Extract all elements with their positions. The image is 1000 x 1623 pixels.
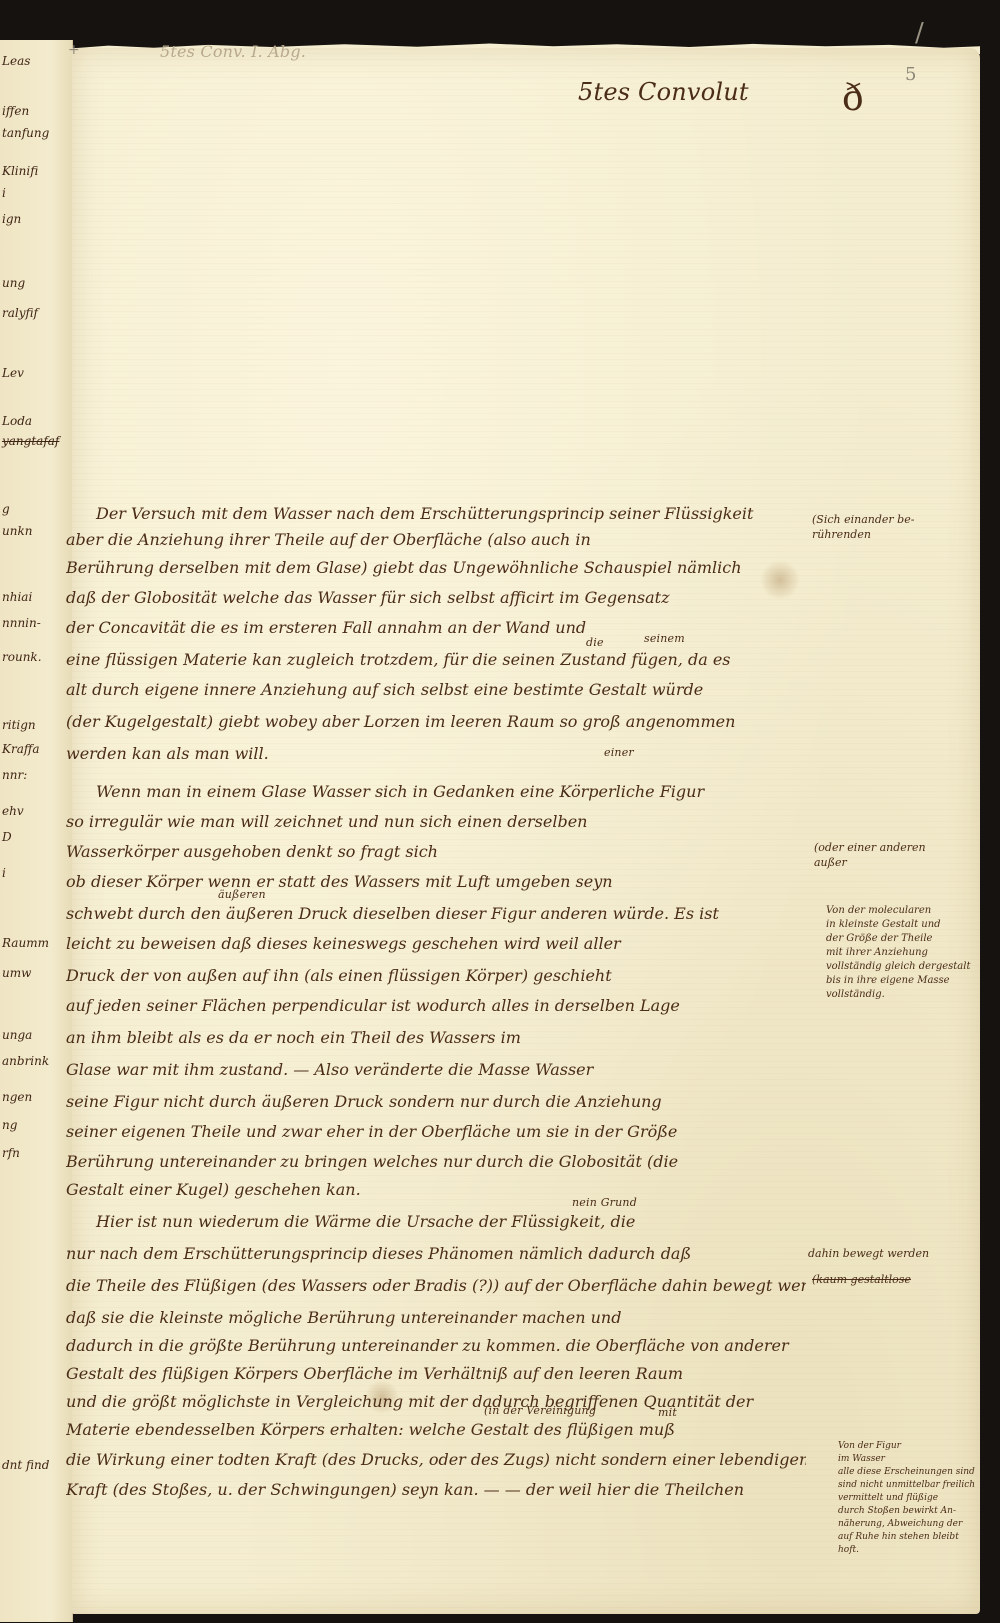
- text-line: dadurch in die größte Berührung unterein…: [66, 1336, 806, 1355]
- left-fragment: D: [2, 830, 12, 844]
- text-line: die Theile des Flüßigen (des Wassers ode…: [66, 1276, 806, 1295]
- text-line: Hier ist nun wiederum die Wärme die Ursa…: [66, 1212, 836, 1231]
- text-line: alt durch eigene innere Anziehung auf si…: [66, 680, 806, 699]
- text-line: Glase war mit ihm zustand. — Also veränd…: [66, 1060, 806, 1079]
- text-line: die Wirkung einer todten Kraft (des Druc…: [66, 1450, 806, 1469]
- pencil-mark: +: [68, 42, 80, 58]
- margin-note: dahin bewegt werden: [808, 1246, 929, 1261]
- left-fragment: rounk.: [2, 650, 42, 664]
- text-line: Wasserkörper ausgehoben denkt so fragt s…: [66, 842, 806, 861]
- left-fragment: nhiai: [2, 590, 32, 604]
- interlinear-insertion: mit: [658, 1406, 677, 1419]
- left-fragment: iffen: [2, 104, 29, 118]
- text-line: Berührung untereinander zu bringen welch…: [66, 1152, 806, 1171]
- left-fragment: i: [2, 186, 6, 200]
- text-line: leicht zu beweisen daß dieses keineswegs…: [66, 934, 806, 953]
- left-fragment: ehv: [2, 804, 24, 818]
- text-line: werden kan als man will.: [66, 744, 806, 763]
- text-line: seiner eigenen Theile und zwar eher in d…: [66, 1122, 806, 1141]
- left-fragment: Raumm: [2, 936, 49, 950]
- left-fragment: ngen: [2, 1090, 32, 1104]
- interlinear-insertion: (in der Vereinigung: [484, 1404, 596, 1417]
- interlinear-insertion: einer: [604, 746, 634, 759]
- left-fragment: unga: [2, 1028, 32, 1042]
- text-line: Kraft (des Stoßes, u. der Schwingungen) …: [66, 1480, 806, 1499]
- left-fragment: Lev: [2, 366, 24, 380]
- left-fragment: ung: [2, 276, 25, 290]
- left-fragment: ign: [2, 212, 21, 226]
- pencil-reference: 5tes Conv. I. Abg.: [160, 42, 306, 61]
- text-line: Gestalt einer Kugel) geschehen kan.: [66, 1180, 806, 1199]
- interlinear-insertion: die: [586, 636, 604, 649]
- left-fragment: umw: [2, 966, 31, 980]
- text-line: an ihm bleibt als es da er noch ein Thei…: [66, 1028, 806, 1047]
- folio-number: 5: [905, 64, 917, 85]
- text-line: nur nach dem Erschütterungsprincip diese…: [66, 1244, 806, 1263]
- left-fragment: Loda: [2, 414, 32, 428]
- left-fragment: unkn: [2, 524, 32, 538]
- sigil-mark: ð: [842, 78, 864, 119]
- text-line: auf jeden seiner Flächen perpendicular i…: [66, 996, 806, 1015]
- left-fragment: anbrink: [2, 1054, 49, 1068]
- text-line: Gestalt des flüßigen Körpers Oberfläche …: [66, 1364, 806, 1383]
- interlinear-insertion: äußeren: [218, 888, 266, 901]
- left-fragment: g: [2, 502, 10, 516]
- left-fragment: Leas: [2, 54, 30, 68]
- text-line: Berührung derselben mit dem Glase) giebt…: [66, 558, 806, 577]
- left-fragment: ralyfif: [2, 306, 38, 320]
- left-fragment: yangtafaf: [2, 434, 59, 448]
- text-line: Wenn man in einem Glase Wasser sich in G…: [66, 782, 836, 801]
- text-line: Druck der von außen auf ihn (als einen f…: [66, 966, 806, 985]
- left-fragment: dnt find: [2, 1458, 49, 1472]
- text-line: Materie ebendesselben Körpers erhalten: …: [66, 1420, 806, 1439]
- text-line: ob dieser Körper wenn er statt des Wasse…: [66, 872, 806, 891]
- page-title: 5tes Convolut: [578, 78, 749, 106]
- left-fragment: Kraffa: [2, 742, 40, 756]
- text-line: eine flüssigen Materie kan zugleich trot…: [66, 650, 806, 669]
- left-fragment: tanfung: [2, 126, 49, 140]
- interlinear-insertion: nein Grund: [572, 1196, 637, 1209]
- text-line: der Concavität die es im ersteren Fall a…: [66, 618, 806, 637]
- margin-note: Von der Figur im Wasser alle diese Ersch…: [838, 1440, 975, 1557]
- text-line: Der Versuch mit dem Wasser nach dem Ersc…: [66, 504, 836, 523]
- margin-note: Von der molecularen in kleinste Gestalt …: [826, 904, 970, 1002]
- margin-note: (Sich einander be- rührenden: [812, 512, 914, 542]
- margin-note: (kaum gestaltlose: [812, 1272, 911, 1287]
- text-line: seine Figur nicht durch äußeren Druck so…: [66, 1092, 806, 1111]
- corner-stroke: /: [915, 18, 924, 48]
- left-fragment: nnnin-: [2, 616, 41, 630]
- text-line: so irregulär wie man will zeichnet und n…: [66, 812, 806, 831]
- left-fragment: Klinifi: [2, 164, 38, 178]
- margin-note: (oder einer anderen außer: [814, 840, 926, 870]
- left-fragment: rfn: [2, 1146, 20, 1160]
- text-line: daß sie die kleinste mögliche Berührung …: [66, 1308, 806, 1327]
- text-line: daß der Globosität welche das Wasser für…: [66, 588, 806, 607]
- left-fragment: i: [2, 866, 6, 880]
- text-line: und die größt möglichste in Vergleichung…: [66, 1392, 806, 1411]
- text-line: (der Kugelgestalt) giebt wobey aber Lorz…: [66, 712, 806, 731]
- text-line: schwebt durch den äußeren Druck dieselbe…: [66, 904, 806, 923]
- text-line: aber die Anziehung ihrer Theile auf der …: [66, 530, 806, 549]
- left-fragment: ritign: [2, 718, 36, 732]
- interlinear-insertion: seinem: [644, 632, 685, 645]
- left-fragment: nnr:: [2, 768, 27, 782]
- left-fragment: ng: [2, 1118, 17, 1132]
